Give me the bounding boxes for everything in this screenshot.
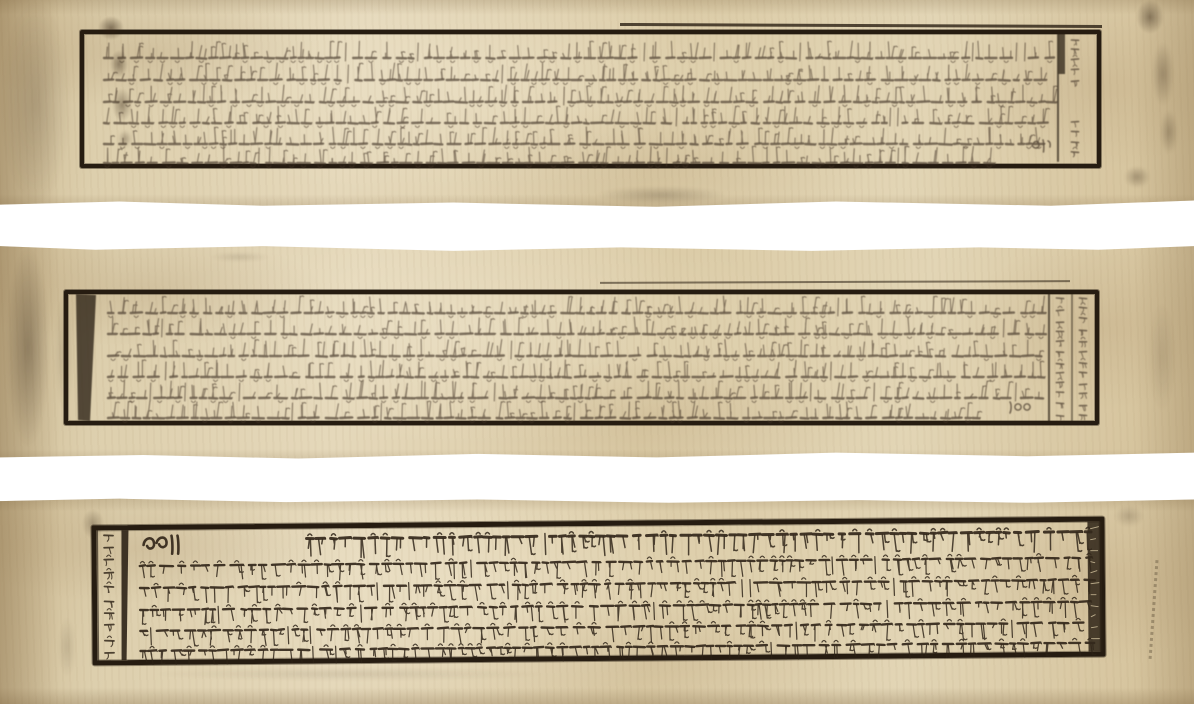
folio-3-sheet <box>0 497 1194 704</box>
folio-2-text-frame <box>64 290 1099 425</box>
folio-3-text-frame <box>91 517 1105 666</box>
folio-2-sheet <box>0 232 1194 468</box>
f3-margin-bar <box>120 530 129 660</box>
folio-2-script-block <box>64 290 1099 425</box>
manuscript-photo <box>0 0 1194 704</box>
f2-margin-bar <box>76 294 96 421</box>
folio-1-text-frame <box>80 30 1101 168</box>
folio-1-sheet <box>0 0 1194 211</box>
folio-1-script-block <box>80 30 1101 168</box>
f3-right-margin-band <box>1087 522 1102 652</box>
folio-3-script-block <box>91 517 1105 666</box>
